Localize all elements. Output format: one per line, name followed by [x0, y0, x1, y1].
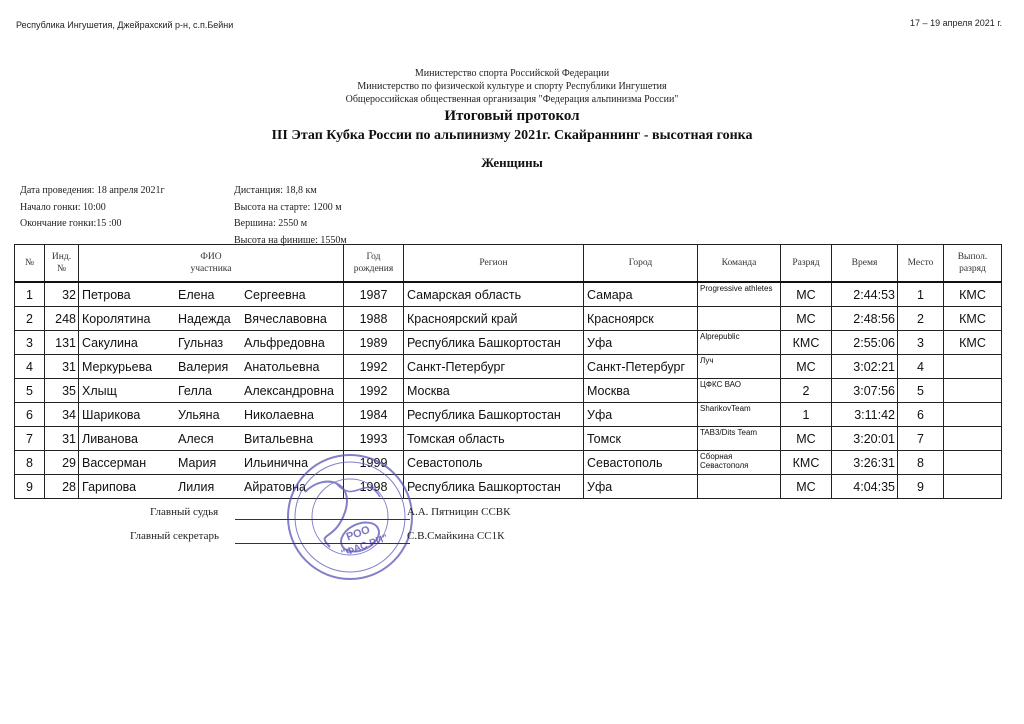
- table-header-row: № Инд.№ ФИОучастника Годрождения Регион …: [15, 245, 1002, 283]
- cell-time: 2:44:53: [832, 282, 898, 307]
- cell-rank: МС: [781, 475, 832, 499]
- cell-num: 1: [15, 282, 45, 307]
- cell-place: 9: [898, 475, 944, 499]
- participant-patronymic: Николаевна: [244, 408, 314, 422]
- cell-year: 1984: [344, 403, 404, 427]
- chief-judge-signature-line: [235, 519, 410, 520]
- event-subtitle: III Этап Кубка России по альпинизму 2021…: [0, 128, 1024, 144]
- cell-time: 4:04:35: [832, 475, 898, 499]
- cell-region: Республика Башкортостан: [404, 475, 584, 499]
- participant-surname: Меркурьева: [82, 360, 178, 374]
- organizations: Министерство спорта Российской Федерации…: [0, 67, 1024, 106]
- organization-line: Общероссийская общественная организация …: [0, 93, 1024, 106]
- cell-time: 3:26:31: [832, 451, 898, 475]
- table-row: 928ГариповаЛилияАйратовна1998Республика …: [15, 475, 1002, 499]
- cell-year: 1992: [344, 355, 404, 379]
- cell-year: 1992: [344, 379, 404, 403]
- cell-year: 1989: [344, 331, 404, 355]
- cell-rank: МС: [781, 355, 832, 379]
- col-time: Время: [832, 245, 898, 283]
- cell-time: 2:48:56: [832, 307, 898, 331]
- participant-patronymic: Анатольевна: [244, 360, 319, 374]
- cell-bib: 29: [45, 451, 79, 475]
- cell-fio: СакулинаГульназАльфредовна: [79, 331, 344, 355]
- cell-achieved: КМС: [944, 307, 1002, 331]
- cell-region: Санкт-Петербург: [404, 355, 584, 379]
- cell-num: 5: [15, 379, 45, 403]
- cell-rank: МС: [781, 282, 832, 307]
- cell-team: [698, 475, 781, 499]
- cell-year: 1987: [344, 282, 404, 307]
- cell-rank: КМС: [781, 451, 832, 475]
- race-info-left: Дата проведения: 18 апреля 2021г Начало …: [20, 183, 165, 233]
- table-row: 132ПетроваЕленаСергеевна1987Самарская об…: [15, 282, 1002, 307]
- participant-name: Гульназ: [178, 336, 244, 350]
- cell-region: Томская область: [404, 427, 584, 451]
- cell-achieved: [944, 427, 1002, 451]
- chief-secretary-label: Главный секретарь: [130, 530, 219, 542]
- cell-region: Севастополь: [404, 451, 584, 475]
- cell-team: SharikovTeam: [698, 403, 781, 427]
- table-row: 3131СакулинаГульназАльфредовна1989Респуб…: [15, 331, 1002, 355]
- cell-rank: 1: [781, 403, 832, 427]
- cell-num: 2: [15, 307, 45, 331]
- table-row: 431МеркурьеваВалерияАнатольевна1992Санкт…: [15, 355, 1002, 379]
- race-info-right: Дистанция: 18,8 км Высота на старте: 120…: [234, 183, 347, 249]
- participant-name: Мария: [178, 456, 244, 470]
- cell-rank: МС: [781, 427, 832, 451]
- participant-name: Лилия: [178, 480, 244, 494]
- table-row: 731ЛивановаАлесяВитальевна1993Томская об…: [15, 427, 1002, 451]
- cell-achieved: [944, 379, 1002, 403]
- cell-fio: ПетроваЕленаСергеевна: [79, 282, 344, 307]
- cell-achieved: [944, 403, 1002, 427]
- col-rank: Разряд: [781, 245, 832, 283]
- participant-surname: Гарипова: [82, 480, 178, 494]
- col-team: Команда: [698, 245, 781, 283]
- race-start: Начало гонки: 10:00: [20, 200, 165, 217]
- col-bib: Инд.№: [45, 245, 79, 283]
- cell-city: Севастополь: [584, 451, 698, 475]
- participant-name: Валерия: [178, 360, 244, 374]
- cell-team: [698, 307, 781, 331]
- cell-time: 3:02:21: [832, 355, 898, 379]
- col-achieved: Выпол.разряд: [944, 245, 1002, 283]
- table-row: 2248КоролятинаНадеждаВячеславовна1988Кра…: [15, 307, 1002, 331]
- cell-bib: 248: [45, 307, 79, 331]
- participant-surname: Ливанова: [82, 432, 178, 446]
- cell-city: Москва: [584, 379, 698, 403]
- participant-name: Гелла: [178, 384, 244, 398]
- cell-region: Республика Башкортостан: [404, 403, 584, 427]
- cell-fio: МеркурьеваВалерияАнатольевна: [79, 355, 344, 379]
- cell-bib: 131: [45, 331, 79, 355]
- participant-name: Ульяна: [178, 408, 244, 422]
- cell-bib: 28: [45, 475, 79, 499]
- participant-surname: Шарикова: [82, 408, 178, 422]
- cell-time: 3:11:42: [832, 403, 898, 427]
- participant-patronymic: Сергеевна: [244, 288, 306, 302]
- cell-place: 5: [898, 379, 944, 403]
- cell-num: 6: [15, 403, 45, 427]
- cell-region: Красноярский край: [404, 307, 584, 331]
- cell-bib: 31: [45, 355, 79, 379]
- col-fio: ФИОучастника: [79, 245, 344, 283]
- participant-patronymic: Вячеславовна: [244, 312, 327, 326]
- col-num: №: [15, 245, 45, 283]
- cell-team: ЦФКС ВАО: [698, 379, 781, 403]
- chief-secretary-name: С.В.Смайкина СС1К: [407, 530, 504, 542]
- cell-year: 1988: [344, 307, 404, 331]
- summit-altitude: Вершина: 2550 м: [234, 216, 347, 233]
- participant-name: Алеся: [178, 432, 244, 446]
- participant-surname: Хлыщ: [82, 384, 178, 398]
- cell-bib: 32: [45, 282, 79, 307]
- cell-city: Самара: [584, 282, 698, 307]
- chief-judge-label: Главный судья: [150, 506, 218, 518]
- cell-bib: 31: [45, 427, 79, 451]
- organization-line: Министерство спорта Российской Федерации: [0, 67, 1024, 80]
- cell-place: 3: [898, 331, 944, 355]
- participant-name: Елена: [178, 288, 244, 302]
- participant-patronymic: Александровна: [244, 384, 334, 398]
- cell-achieved: [944, 355, 1002, 379]
- chief-judge-name: А.А. Пятницин ССВК: [407, 506, 510, 518]
- cell-achieved: [944, 451, 1002, 475]
- cell-city: Уфа: [584, 403, 698, 427]
- participant-surname: Вассерман: [82, 456, 178, 470]
- cell-team: Progressive athletes: [698, 282, 781, 307]
- cell-time: 3:07:56: [832, 379, 898, 403]
- official-stamp-icon: РОО "ФАС РИ": [285, 452, 415, 582]
- cell-achieved: КМС: [944, 282, 1002, 307]
- chief-secretary-signature-line: [235, 543, 410, 544]
- category-title: Женщины: [0, 155, 1024, 171]
- cell-num: 9: [15, 475, 45, 499]
- cell-time: 2:55:06: [832, 331, 898, 355]
- col-city: Город: [584, 245, 698, 283]
- cell-num: 8: [15, 451, 45, 475]
- race-date: Дата проведения: 18 апреля 2021г: [20, 183, 165, 200]
- race-finish: Окончание гонки:15 :00: [20, 216, 165, 233]
- cell-rank: 2: [781, 379, 832, 403]
- cell-place: 6: [898, 403, 944, 427]
- cell-rank: КМС: [781, 331, 832, 355]
- cell-place: 1: [898, 282, 944, 307]
- cell-team: Сборная Севастополя: [698, 451, 781, 475]
- col-year: Годрождения: [344, 245, 404, 283]
- cell-achieved: КМС: [944, 331, 1002, 355]
- participant-surname: Королятина: [82, 312, 178, 326]
- col-region: Регион: [404, 245, 584, 283]
- cell-city: Санкт-Петербург: [584, 355, 698, 379]
- participant-surname: Петрова: [82, 288, 178, 302]
- cell-fio: ХлыщГеллаАлександровна: [79, 379, 344, 403]
- cell-city: Уфа: [584, 331, 698, 355]
- cell-city: Томск: [584, 427, 698, 451]
- cell-city: Уфа: [584, 475, 698, 499]
- cell-num: 4: [15, 355, 45, 379]
- col-place: Место: [898, 245, 944, 283]
- document-title: Итоговый протокол: [0, 108, 1024, 125]
- cell-region: Республика Башкортостан: [404, 331, 584, 355]
- cell-region: Самарская область: [404, 282, 584, 307]
- cell-achieved: [944, 475, 1002, 499]
- cell-team: TAB3/Dits Team: [698, 427, 781, 451]
- participant-name: Надежда: [178, 312, 244, 326]
- cell-team: Луч: [698, 355, 781, 379]
- distance: Дистанция: 18,8 км: [234, 183, 347, 200]
- cell-bib: 35: [45, 379, 79, 403]
- cell-place: 2: [898, 307, 944, 331]
- cell-year: 1993: [344, 427, 404, 451]
- table-row: 634ШариковаУльянаНиколаевна1984Республик…: [15, 403, 1002, 427]
- cell-city: Красноярск: [584, 307, 698, 331]
- event-dates: 17 – 19 апреля 2021 г.: [910, 18, 1002, 28]
- cell-num: 3: [15, 331, 45, 355]
- participant-surname: Сакулина: [82, 336, 178, 350]
- cell-rank: МС: [781, 307, 832, 331]
- organization-line: Министерство по физической культуре и сп…: [0, 80, 1024, 93]
- cell-place: 8: [898, 451, 944, 475]
- location-text: Республика Ингушетия, Джейрахский р-н, с…: [16, 20, 233, 30]
- table-row: 535ХлыщГеллаАлександровна1992МоскваМоскв…: [15, 379, 1002, 403]
- cell-team: Alprepublic: [698, 331, 781, 355]
- cell-num: 7: [15, 427, 45, 451]
- participant-patronymic: Альфредовна: [244, 336, 325, 350]
- start-altitude: Высота на старте: 1200 м: [234, 200, 347, 217]
- cell-bib: 34: [45, 403, 79, 427]
- table-row: 829ВассерманМарияИльинична1999Севастопол…: [15, 451, 1002, 475]
- participant-patronymic: Витальевна: [244, 432, 313, 446]
- cell-place: 4: [898, 355, 944, 379]
- cell-fio: ЛивановаАлесяВитальевна: [79, 427, 344, 451]
- cell-place: 7: [898, 427, 944, 451]
- results-table: № Инд.№ ФИОучастника Годрождения Регион …: [14, 244, 1002, 499]
- cell-time: 3:20:01: [832, 427, 898, 451]
- cell-fio: ШариковаУльянаНиколаевна: [79, 403, 344, 427]
- cell-fio: КоролятинаНадеждаВячеславовна: [79, 307, 344, 331]
- cell-region: Москва: [404, 379, 584, 403]
